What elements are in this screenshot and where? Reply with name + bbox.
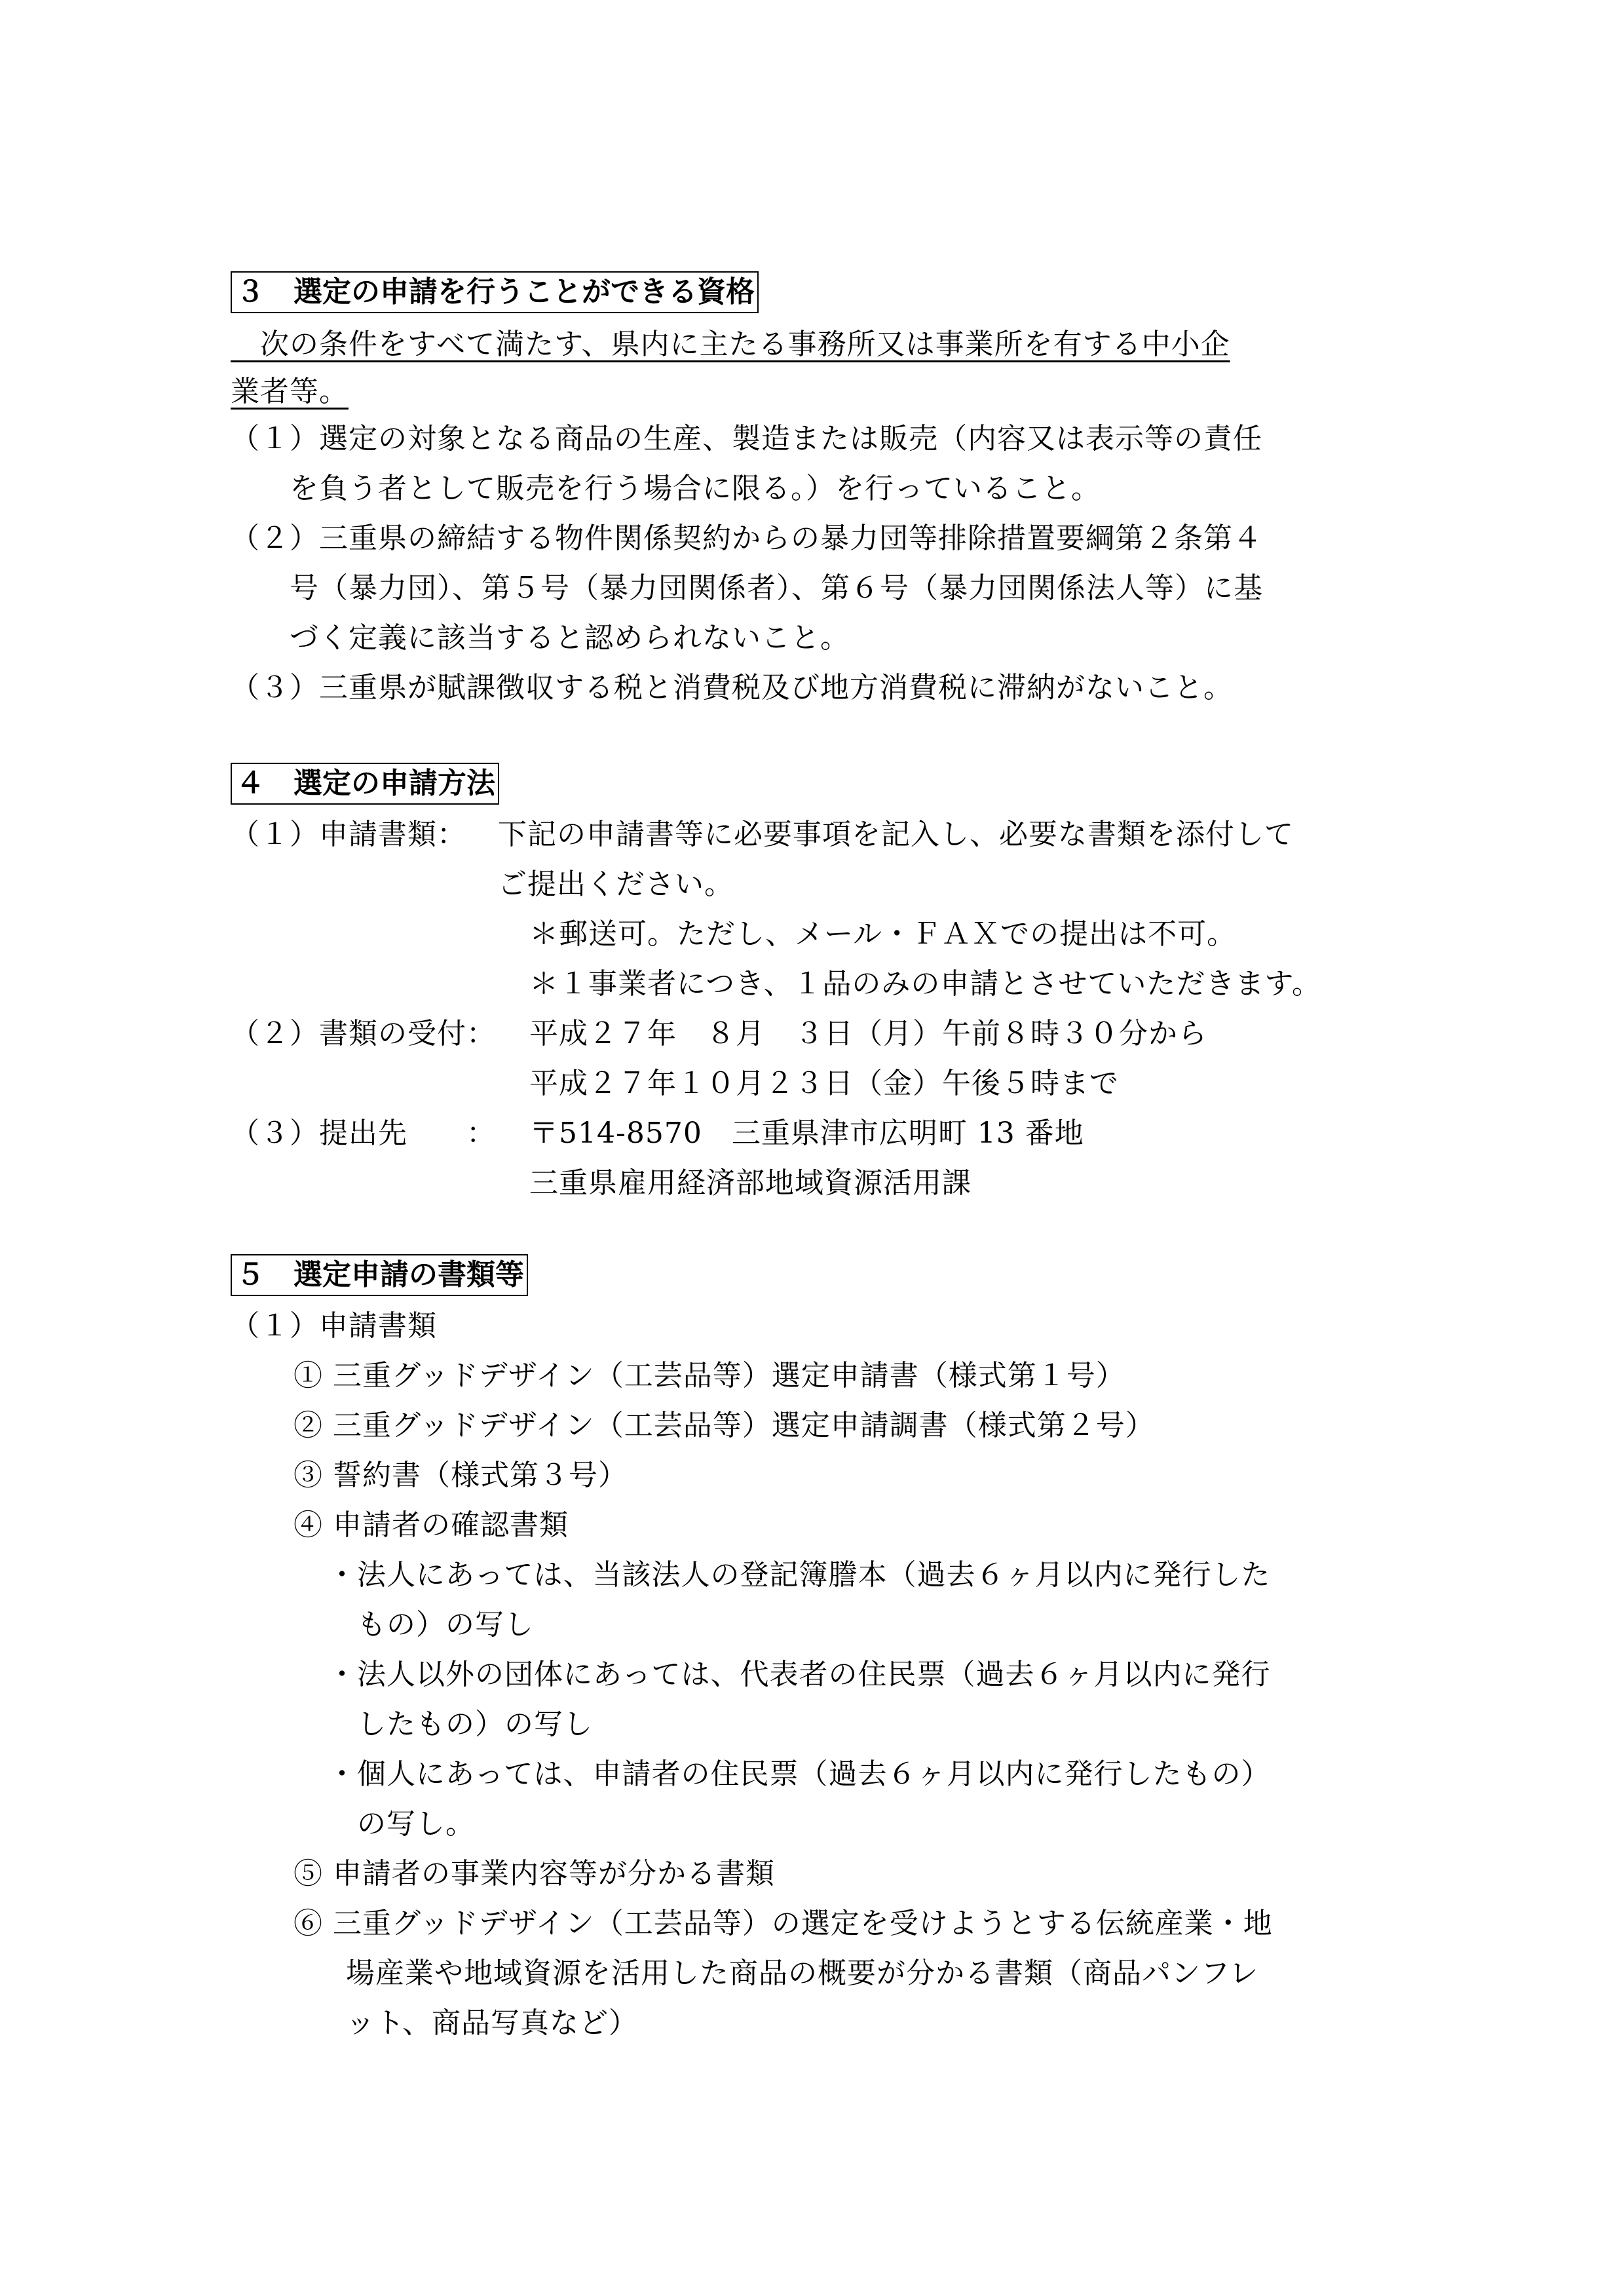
reception-label: （２）書類の受付： <box>231 1014 496 1054</box>
destination-office: 三重県雇用経済部地域資源活用課 <box>529 1164 972 1203</box>
section3-intro-line2: 業者等。 <box>231 372 349 411</box>
doc-item-2: ② 三重グッドデザイン（工芸品等）選定申請調書（様式第２号） <box>293 1406 1155 1445</box>
section3-heading: ３ 選定の申請を行うことができる資格 <box>231 271 759 313</box>
section5-subheading: （１）申請書類 <box>231 1307 437 1346</box>
section5-heading: ５ 選定申請の書類等 <box>231 1254 528 1296</box>
documents-note1: ＊郵送可。ただし、メール・ＦＡＸでの提出は不可。 <box>529 915 1236 954</box>
reception-from: 平成２７年 ８月 ３日（月）午前８時３０分から <box>529 1014 1207 1054</box>
doc-item-6-line3: ット、商品写真など） <box>346 2004 638 2043</box>
section3-item3-line1: （３）三重県が賦課徴収する税と消費税及び地方消費税に滞納がないこと。 <box>231 668 1233 708</box>
section3-item1-line2: を負う者として販売を行う場合に限る。）を行っていること。 <box>231 469 1101 508</box>
section3-item1-line1: （１）選定の対象となる商品の生産、製造または販売（内容又は表示等の責任 <box>231 419 1262 459</box>
reception-to: 平成２７年１０月２３日（金）午後５時まで <box>529 1064 1119 1103</box>
section3-intro-line1: 次の条件をすべて満たす、県内に主たる事務所又は事業所を有する中小企 <box>231 325 1230 364</box>
destination-label: （３）提出先 ： <box>231 1114 496 1153</box>
documents-line2: ご提出ください。 <box>498 865 734 904</box>
doc-item-4: ④ 申請者の確認書類 <box>293 1506 569 1545</box>
doc-item-1: ① 三重グッドデザイン（工芸品等）選定申請書（様式第１号） <box>293 1356 1125 1396</box>
doc-item-6-line2: 場産業や地域資源を活用した商品の概要が分かる書類（商品パンフレ <box>346 1954 1258 1993</box>
bullet-1-line2: もの）の写し <box>328 1605 534 1645</box>
bullet-1-line1: ・法人にあっては、当該法人の登記簿謄本（過去６ヶ月以内に発行した <box>328 1556 1271 1595</box>
section3-item2-line1: （２）三重県の締結する物件関係契約からの暴力団等排除措置要綱第２条第４ <box>231 519 1262 558</box>
doc-item-3: ③ 誓約書（様式第３号） <box>293 1456 628 1495</box>
section3-item2-line2: 号（暴力団）、第５号（暴力団関係者）、第６号（暴力団関係法人等）に基 <box>231 569 1263 608</box>
destination-address: 〒514-8570 三重県津市広明町 13 番地 <box>529 1114 1084 1153</box>
section4-heading: ４ 選定の申請方法 <box>231 763 499 805</box>
section3-item2-line3: づく定義に該当すると認められないこと。 <box>231 619 850 658</box>
documents-note2: ＊１事業者につき、１品のみの申請とさせていただきます。 <box>529 965 1321 1004</box>
doc-item-5: ⑤ 申請者の事業内容等が分かる書類 <box>293 1854 775 1894</box>
documents-label: （１）申請書類： <box>231 815 466 854</box>
doc-item-6-line1: ⑥ 三重グッドデザイン（工芸品等）の選定を受けようとする伝統産業・地 <box>293 1904 1273 1943</box>
bullet-3-line1: ・個人にあっては、申請者の住民票（過去６ヶ月以内に発行したもの） <box>328 1755 1271 1794</box>
bullet-2-line1: ・法人以外の団体にあっては、代表者の住民票（過去６ヶ月以内に発行 <box>328 1655 1271 1694</box>
bullet-2-line2: したもの）の写し <box>328 1705 593 1744</box>
bullet-3-line2: の写し。 <box>328 1805 475 1844</box>
documents-line1: 下記の申請書等に必要事項を記入し、必要な書類を添付して <box>498 815 1294 854</box>
